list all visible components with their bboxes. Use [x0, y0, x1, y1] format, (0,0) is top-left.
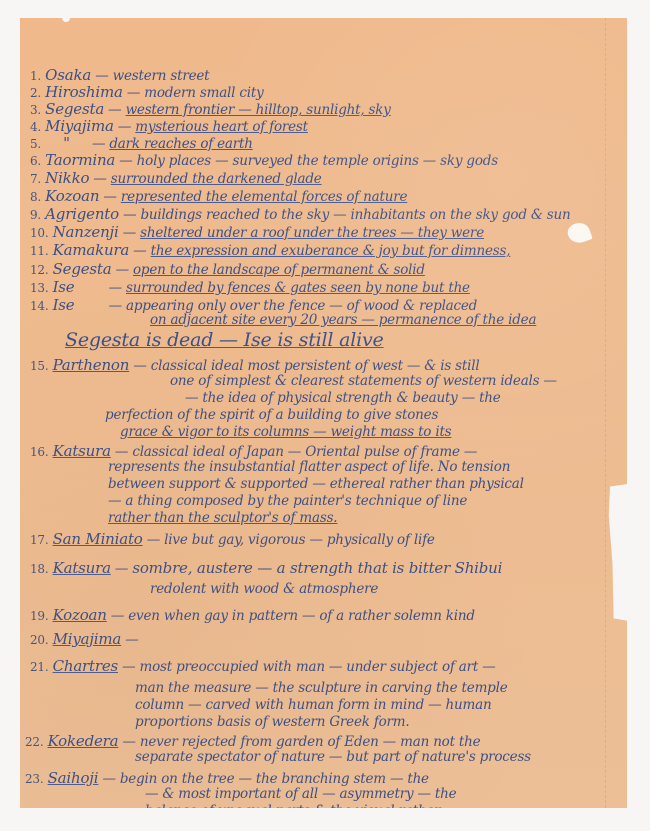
- entry-site: Nikko: [45, 169, 89, 187]
- entry-9: 9. Agrigento — buildings reached to the …: [30, 207, 570, 223]
- entry-5: 5. " — dark reaches of earth: [30, 136, 253, 152]
- entry-text: the expression and exuberance & joy but …: [151, 243, 511, 259]
- entry-number: 13.: [30, 281, 48, 295]
- entry-number: 18.: [30, 562, 48, 576]
- entry-16: 16. Katsura — classical ideal of Japan —…: [30, 444, 477, 460]
- entry-number: 17.: [30, 533, 48, 547]
- entry-16-cont-2: between support & supported — ethereal r…: [108, 478, 524, 492]
- entry-17: 17. San Miniato — live but gay, vigorous…: [30, 532, 435, 548]
- entry-number: 20.: [30, 633, 48, 647]
- entry-text: — the idea of physical strength & beauty…: [185, 390, 501, 406]
- entry-number: 2.: [30, 86, 41, 100]
- entry-text: separate spectator of nature — but part …: [135, 749, 531, 765]
- entry-site: Miyajima: [53, 630, 122, 648]
- paper-notch: [62, 14, 70, 22]
- entry-site: Chartres: [53, 657, 118, 675]
- entry-number: 11.: [30, 244, 48, 258]
- entry-21-cont-3: proportions basis of western Greek form.: [135, 716, 410, 730]
- entry-1: 1. Osaka — western street: [30, 68, 209, 84]
- entry-16-cont-3: — a thing composed by the painter's tech…: [108, 495, 467, 509]
- entry-number: 3.: [30, 103, 41, 117]
- entry-text: — a thing composed by the painter's tech…: [108, 493, 467, 509]
- entry-text: classical ideal most persistent of west …: [151, 358, 480, 374]
- entry-22-cont: separate spectator of nature — but part …: [135, 751, 531, 765]
- entry-site: Kamakura: [53, 241, 130, 259]
- segesta-ise-heading: Segesta is dead — Ise is still alive: [65, 331, 384, 350]
- entry-13: 13. Ise — surrounded by fences & gates s…: [30, 280, 470, 296]
- entry-4: 4. Miyajima — mysterious heart of forest: [30, 119, 308, 135]
- entry-text: on adjacent site every 20 years — perman…: [150, 312, 536, 328]
- entry-21-cont-2: column — carved with human form in mind …: [135, 699, 491, 713]
- entry-text: sombre, austere — a strength that is bit…: [132, 559, 502, 577]
- entry-18-cont: redolent with wood & atmosphere: [150, 583, 378, 597]
- entry-site: Katsura: [53, 442, 111, 460]
- entry-text: grace & vigor to its columns — weight ma…: [120, 424, 451, 440]
- entry-site: Kokedera: [48, 732, 119, 750]
- entry-text: dark reaches of earth: [109, 136, 252, 152]
- entry-15-cont-2: — the idea of physical strength & beauty…: [185, 392, 501, 406]
- entry-text: modern small city: [144, 85, 263, 101]
- entry-number: 21.: [30, 660, 48, 674]
- handwritten-page: 1. Osaka — western street 2. Hiroshima —…: [20, 18, 627, 808]
- entry-text: even when gay in pattern — of a rather s…: [128, 608, 475, 624]
- entry-text: most preoccupied with man — under subjec…: [140, 659, 496, 675]
- entry-text: represents the insubstantial flatter asp…: [108, 459, 510, 475]
- entry-number: 10.: [30, 226, 48, 240]
- entry-site: Agrigento: [45, 205, 119, 223]
- entry-number: 16.: [30, 445, 48, 459]
- entry-number: 23.: [25, 772, 43, 786]
- entry-number: 9.: [30, 208, 41, 222]
- entry-number: 6.: [30, 154, 41, 168]
- entry-2: 2. Hiroshima — modern small city: [30, 85, 264, 101]
- entry-number: 22.: [25, 735, 43, 749]
- entry-number: 19.: [30, 609, 48, 623]
- entry-text: represented the elemental forces of natu…: [121, 189, 407, 205]
- entry-text: live but gay, vigorous — physically of l…: [164, 532, 435, 548]
- entry-text: holy places — surveyed the temple origin…: [137, 153, 498, 169]
- entry-23: 23. Saihoji — begin on the tree — the br…: [25, 771, 429, 787]
- entry-22: 22. Kokedera — never rejected from garde…: [25, 734, 480, 750]
- entry-21: 21. Chartres — most preoccupied with man…: [30, 659, 496, 675]
- entry-site: Parthenon: [53, 356, 130, 374]
- entry-site: Ise: [53, 296, 105, 314]
- entry-text: surrounded the darkened glade: [111, 171, 322, 187]
- entry-text: never rejected from garden of Eden — man…: [140, 734, 481, 750]
- entry-text: mysterious heart of forest: [135, 119, 308, 135]
- entry-number: 14.: [30, 299, 48, 313]
- entry-23-cont-2: balance of unequal parts & the visual ra…: [145, 805, 440, 819]
- entry-text: buildings reached to the sky — inhabitan…: [140, 207, 570, 223]
- entry-site: Kozoan: [45, 187, 99, 205]
- entry-23-cont-1: — & most important of all — asymmetry — …: [145, 788, 456, 802]
- entry-site: Taormina: [45, 151, 115, 169]
- entry-site: Segesta: [53, 260, 112, 278]
- entry-number: 8.: [30, 190, 41, 204]
- entry-text: begin on the tree — the branching stem —…: [120, 771, 429, 787]
- entry-site: Katsura: [53, 559, 111, 577]
- entry-20: 20. Miyajima —: [30, 632, 139, 648]
- entry-text: man the measure — the sculpture in carvi…: [135, 680, 508, 696]
- entry-number: 1.: [30, 69, 41, 83]
- entry-site: Segesta: [45, 100, 104, 118]
- paper-hole: [565, 220, 593, 246]
- entry-text: between support & supported — ethereal r…: [108, 476, 524, 492]
- entry-text: perfection of the spirit of a building t…: [105, 407, 438, 423]
- entry-text: western street: [113, 68, 210, 84]
- entry-text: proportions basis of western Greek form.: [135, 714, 410, 730]
- entry-10: 10. Nanzenji — sheltered under a roof un…: [30, 225, 484, 241]
- entry-21-cont-1: man the measure — the sculpture in carvi…: [135, 682, 508, 696]
- entry-number: 12.: [30, 263, 48, 277]
- entry-site: ": [45, 134, 88, 152]
- entry-8: 8. Kozoan — represented the elemental fo…: [30, 189, 407, 205]
- entry-number: 7.: [30, 172, 41, 186]
- entry-text: one of simplest & clearest statements of…: [170, 373, 557, 389]
- entry-text: redolent with wood & atmosphere: [150, 581, 378, 597]
- entry-15-cont-1: one of simplest & clearest statements of…: [170, 375, 557, 389]
- entry-text: classical ideal of Japan — Oriental puls…: [132, 444, 477, 460]
- entry-12: 12. Segesta — open to the landscape of p…: [30, 262, 425, 278]
- entry-site: Kozoan: [53, 606, 107, 624]
- entry-number: 15.: [30, 359, 48, 373]
- entry-text: rather than the sculptor's of mass.: [108, 510, 337, 526]
- entry-text: balance of unequal parts & the visual ra…: [145, 803, 440, 819]
- entry-site: Nanzenji: [53, 223, 119, 241]
- entry-19: 19. Kozoan — even when gay in pattern — …: [30, 608, 475, 624]
- entry-16-cont-1: represents the insubstantial flatter asp…: [108, 461, 510, 475]
- entry-text: — & most important of all — asymmetry — …: [145, 786, 456, 802]
- entry-site: Osaka: [45, 66, 91, 84]
- entry-15-cont-3: perfection of the spirit of a building t…: [105, 409, 438, 423]
- entry-3: 3. Segesta — western frontier — hilltop,…: [30, 102, 391, 118]
- entry-text: —: [125, 632, 138, 648]
- paper-torn-edge: [605, 18, 628, 808]
- entry-7: 7. Nikko — surrounded the darkened glade: [30, 171, 322, 187]
- entry-site: San Miniato: [53, 530, 143, 548]
- heading-text: Segesta is dead — Ise is still alive: [65, 329, 384, 351]
- entry-text: western frontier — hilltop, sunlight, sk…: [126, 102, 391, 118]
- entry-text: sheltered under a roof under the trees —…: [140, 225, 484, 241]
- entry-site: Miyajima: [45, 117, 114, 135]
- entry-text: column — carved with human form in mind …: [135, 697, 491, 713]
- entry-number: 5.: [30, 137, 41, 151]
- entry-18: 18. Katsura — sombre, austere — a streng…: [30, 561, 502, 577]
- entry-15: 15. Parthenon — classical ideal most per…: [30, 358, 479, 374]
- entry-16-cont-4: rather than the sculptor's of mass.: [108, 512, 337, 526]
- entry-number: 4.: [30, 120, 41, 134]
- entry-site: Ise: [53, 278, 105, 296]
- entry-text: open to the landscape of permanent & sol…: [133, 262, 425, 278]
- entry-14-cont: on adjacent site every 20 years — perman…: [150, 314, 536, 328]
- entry-site: Saihoji: [48, 769, 99, 787]
- entry-11: 11. Kamakura — the expression and exuber…: [30, 243, 510, 259]
- entry-15-cont-4: grace & vigor to its columns — weight ma…: [120, 426, 451, 440]
- entry-text: surrounded by fences & gates seen by non…: [126, 280, 470, 296]
- entry-site: Hiroshima: [45, 83, 123, 101]
- entry-6: 6. Taormina — holy places — surveyed the…: [30, 153, 498, 169]
